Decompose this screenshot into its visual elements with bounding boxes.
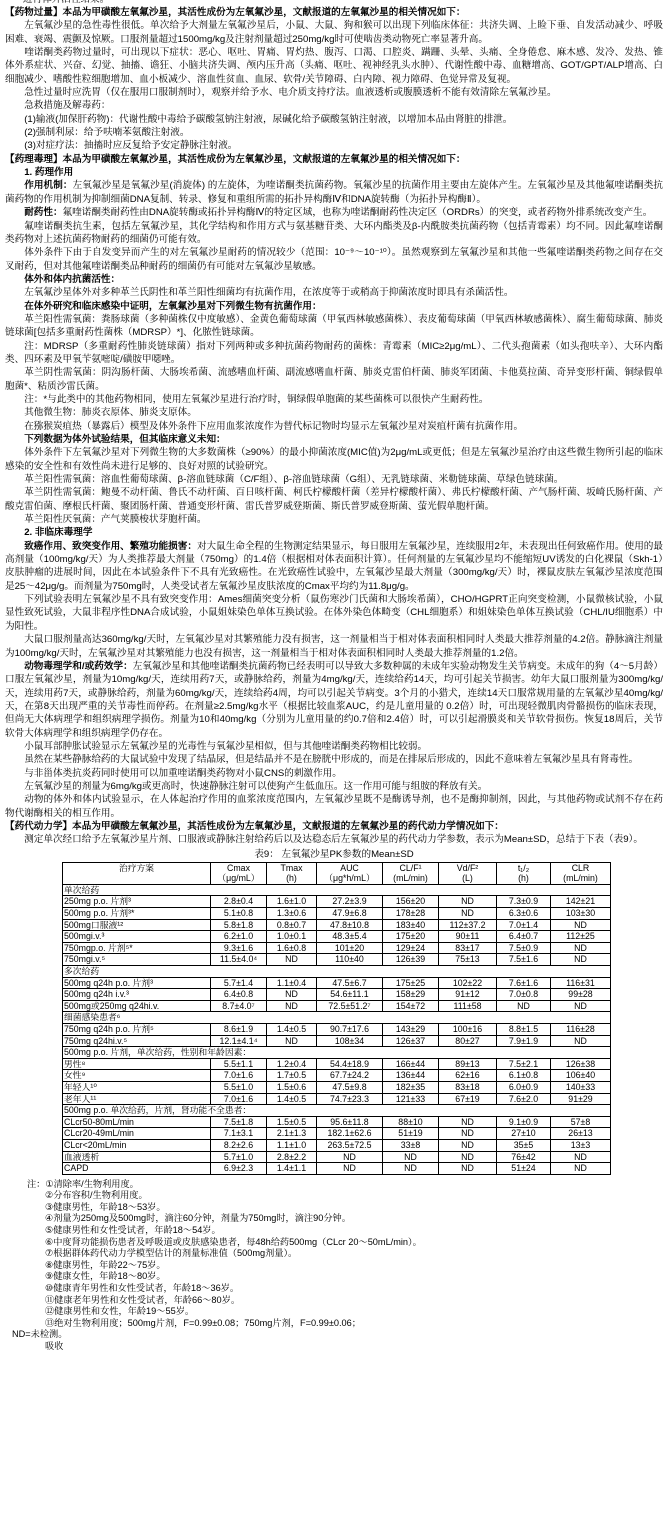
section-heading: 【药物过量】本品为甲磺酸左氧氟沙星，其活性成份为左氧氟沙星，文献报道的左氧氟沙星… [5, 6, 663, 19]
regimen-label: 500mg或250mg q24hi.v. [63, 1000, 211, 1012]
footnotes: 注：①清除率/生物利用度。②分布容积/生物利用度。③健康男性，年龄18～53岁。… [5, 1179, 663, 1330]
paragraph: 左氧氟沙星的剂量为6mg/kg或更高时，快速静脉注射可以使狗产生低血压。这一作用… [5, 780, 663, 793]
value-cell: 2.8±0.4 [211, 896, 267, 908]
value-cell: 5.7±1.0 [211, 1151, 267, 1163]
value-cell: 5.5±1.0 [211, 1081, 267, 1093]
value-cell: ND [551, 1151, 611, 1163]
table-section-label: 单次给药 [63, 884, 611, 896]
value-cell: 5.1±0.8 [211, 908, 267, 920]
table-row: 750mgi.v.⁵11.5±4.0⁴ND110±40126±3975±137.… [63, 954, 611, 966]
value-cell: 175±20 [383, 931, 439, 943]
value-cell: 33±8 [383, 1139, 439, 1151]
value-cell: 1.1±1.0 [267, 1139, 317, 1151]
regimen-label: 500mg口服液¹² [63, 919, 211, 931]
pk-parameters-table: 治疗方案 Cmax（μg/mL）Tmax(h)AUC（μg*h/mL）CL/F¹… [62, 862, 611, 1175]
table-row: CLcr50-80mL/min7.5±1.81.5±0.595.6±11.888… [63, 1116, 611, 1128]
value-cell: 1.0±0.1 [267, 931, 317, 943]
table-row: CLcr20-49mL/min7.1±3.12.1±1.3182.1±62.65… [63, 1128, 611, 1140]
paragraph: 左氧氟沙星的急性毒性很低。单次给予大剂量左氧氟沙星后，小鼠、大鼠、狗和猴可以出现… [5, 19, 663, 46]
paragraph: 革兰阴性需氧菌：阴沟肠杆菌、大肠埃希菌、流感嗜血杆菌、副流感嗜血杆菌、肺炎克雷伯… [5, 366, 663, 393]
value-cell: 182±35 [383, 1081, 439, 1093]
value-cell: 112±37.2 [439, 919, 497, 931]
footnote-item: ⑥中度肾功能损伤患者及呼吸道或皮肤感染患者，每48h给药500mg（CLcr 2… [45, 1237, 663, 1249]
value-cell: 7.0±0.8 [497, 989, 551, 1001]
value-cell: 7.9±1.9 [497, 1035, 551, 1047]
table-row: 女性⁹7.0±1.61.7±0.567.7±24.2136±4462±166.1… [63, 1070, 611, 1082]
table-title: 表9： 左氧氟沙星PK参数的Mean±SD [5, 848, 663, 861]
footnote-item: ⑨健康女性，年龄18～80岁。 [45, 1271, 663, 1283]
value-cell: 54.6±11.1 [317, 989, 383, 1001]
paragraph: 在猕猴炭疽热（暴露后）模型及体外条件下应用血浆浓度作为替代标记物时均显示左氧氟沙… [5, 420, 663, 433]
column-header: CL/F¹(mL/min) [383, 862, 439, 884]
regimen-label: 年轻人¹⁰ [63, 1081, 211, 1093]
table-section-row: 500mg p.o. 单次给药，片剂，肾功能不全患者： [63, 1105, 611, 1117]
value-cell: 47.8±10.8 [317, 919, 383, 931]
value-cell: 89±13 [439, 1058, 497, 1070]
value-cell: 6.9±2.3 [211, 1163, 267, 1175]
paragraph: 喹诺酮类药物过量时，可出现以下症状：恶心、呕吐、胃痛、胃灼热、腹泻、口渴、口腔炎… [5, 46, 663, 86]
value-cell: 112±25 [551, 931, 611, 943]
sub-heading: 1. 药理作用 [5, 166, 663, 179]
paragraph: 耐药性：氟喹诺酮类耐药性由DNA旋转酶或拓扑异构酶Ⅳ的特定区域，也称为喹诺酮耐药… [5, 206, 663, 219]
value-cell: 1.6±0.8 [267, 942, 317, 954]
footnote-item: ⑪健康老年男性和女性受试者，年龄66～80岁。 [45, 1295, 663, 1307]
value-cell: ND [383, 1163, 439, 1175]
paragraph: 作用机制：左氧氟沙星是氧氟沙星(消旋体) 的左旋体，为喹诺酮类抗菌药物。氧氟沙星… [5, 179, 663, 206]
table-row: 250mg p.o. 片剂³2.8±0.41.6±1.027.2±3.9156±… [63, 896, 611, 908]
value-cell: 111±58 [439, 1000, 497, 1012]
value-cell: ND [439, 1163, 497, 1175]
value-cell: 1.4±1.1 [267, 1163, 317, 1175]
regimen-label: CLcr<20mL/min [63, 1139, 211, 1151]
value-cell: 12.1±4.1⁴ [211, 1035, 267, 1047]
regimen-label: 500mg p.o. 片剂³* [63, 908, 211, 920]
table-row: 750mg q24h p.o. 片剂⁵8.6±1.91.4±0.590.7±17… [63, 1023, 611, 1035]
table-row: 老年人¹¹7.0±1.61.4±0.574.7±23.3121±3367±197… [63, 1093, 611, 1105]
value-cell: 1.5±0.5 [267, 1116, 317, 1128]
value-cell: ND [267, 1035, 317, 1047]
paragraph: 体外条件下左氧氟沙星对下列微生物的大多数菌株（≥90%）的最小抑菌浓度(MIC值… [5, 446, 663, 473]
value-cell: 54.4±18.9 [317, 1058, 383, 1070]
regimen-label: 500mg q24h i.v.³ [63, 989, 211, 1001]
column-header: Tmax(h) [267, 862, 317, 884]
value-cell: 126±39 [383, 954, 439, 966]
value-cell: 1.4±0.5 [267, 1093, 317, 1105]
value-cell: 103±30 [551, 908, 611, 920]
value-cell: 7.3±0.9 [497, 896, 551, 908]
paragraph: 下列试验表明左氧氟沙星不具有致突变作用：Ames细菌突变分析（鼠伤寒沙门氏菌和大… [5, 593, 663, 633]
value-cell: 6.4±0.8 [211, 989, 267, 1001]
value-cell: 6.3±0.6 [497, 908, 551, 920]
value-cell: 11.5±4.0⁴ [211, 954, 267, 966]
value-cell: 47.5±6.7 [317, 977, 383, 989]
regimen-label: CLcr50-80mL/min [63, 1116, 211, 1128]
value-cell: 5.8±1.8 [211, 919, 267, 931]
value-cell: 0.8±0.7 [267, 919, 317, 931]
paragraph-lead-label: 作用机制： [24, 180, 72, 191]
paragraph-lead-label: 致癌作用、致突变作用、繁殖功能损害： [24, 541, 197, 552]
paragraph: 革兰阳性需氧菌：溶血性葡萄球菌、β-溶血链球菌（C/F组）、β-溶血链球菌（G组… [5, 473, 663, 486]
table-section-label: 多次给药 [63, 966, 611, 978]
value-cell: 166±44 [383, 1058, 439, 1070]
footnote-item: ⑬绝对生物利用度；500mg片剂，F=0.99±0.08；750mg片剂，F=0… [45, 1318, 663, 1330]
value-cell: ND [439, 1128, 497, 1140]
table-section-row: 单次给药 [63, 884, 611, 896]
value-cell: 158±29 [383, 989, 439, 1001]
value-cell: 182.1±62.6 [317, 1128, 383, 1140]
value-cell: 6.4±0.7 [497, 931, 551, 943]
value-cell: 1.3±0.6 [267, 908, 317, 920]
table-row: CLcr<20mL/min8.2±2.61.1±1.0263.5±72.533±… [63, 1139, 611, 1151]
value-cell: 129±24 [383, 942, 439, 954]
value-cell: 91±12 [439, 989, 497, 1001]
regimen-label: 老年人¹¹ [63, 1093, 211, 1105]
value-cell: 7.5±1.8 [211, 1116, 267, 1128]
column-header: 治疗方案 [63, 862, 211, 884]
table-row: 500mg口服液¹²5.8±1.80.8±0.747.8±10.8183±401… [63, 919, 611, 931]
value-cell: 57±8 [551, 1116, 611, 1128]
value-cell: 7.5±1.6 [497, 954, 551, 966]
value-cell: 263.5±72.5 [317, 1139, 383, 1151]
value-cell: 1.5±0.6 [267, 1081, 317, 1093]
paragraph: 左氧氟沙星体外对多种革兰氏阴性和革兰阳性细菌均有抗菌作用，在浓度等于或稍高于抑菌… [5, 286, 663, 299]
table-row: 500mg q24h i.v.³6.4±0.8ND54.6±11.1158±29… [63, 989, 611, 1001]
value-cell: ND [439, 1139, 497, 1151]
value-cell: 8.8±1.5 [497, 1023, 551, 1035]
value-cell: 7.0±1.6 [211, 1093, 267, 1105]
value-cell: 48.3±5.4 [317, 931, 383, 943]
value-cell: 116±28 [551, 1023, 611, 1035]
paragraph: 革兰阳性厌氧菌：产气荚膜梭状芽胞杆菌。 [5, 513, 663, 526]
value-cell: 13±3 [551, 1139, 611, 1151]
value-cell: 62±16 [439, 1070, 497, 1082]
paragraph: (3)对症疗法：抽搐时应反复给予安定静脉注射液。 [5, 139, 663, 152]
value-cell: 121±33 [383, 1093, 439, 1105]
value-cell: 27.2±3.9 [317, 896, 383, 908]
regimen-label: 750mgp.o. 片剂⁵* [63, 942, 211, 954]
value-cell: ND [439, 1116, 497, 1128]
value-cell: 7.6±2.0 [497, 1093, 551, 1105]
value-cell: 67.7±24.2 [317, 1070, 383, 1082]
value-cell: 7.0±1.6 [211, 1070, 267, 1082]
value-cell: ND [551, 1163, 611, 1175]
table-row: 男性⁸5.5±1.11.2±0.454.4±18.9166±4489±137.5… [63, 1058, 611, 1070]
value-cell: 75±13 [439, 954, 497, 966]
sub-heading: 下列数据为体外试验结果，但其临床意义未知： [5, 433, 663, 446]
footnote-item: ⑤健康男性和女性受试者，年龄18～54岁。 [45, 1225, 663, 1237]
paragraph: 氟喹诺酮类抗生素，包括左氧氟沙星，其化学结构和作用方式与氨基糖苷类、大环内酯类及… [5, 220, 663, 247]
value-cell: 1.6±1.0 [267, 896, 317, 908]
value-cell: ND [439, 908, 497, 920]
value-cell: 8.6±1.9 [211, 1023, 267, 1035]
value-cell: 47.5±9.8 [317, 1081, 383, 1093]
regimen-label: 750mgi.v.⁵ [63, 954, 211, 966]
value-cell: 6.2±1.0 [211, 931, 267, 943]
paragraph: 注：MDRSP（多重耐药性肺炎链球菌）指对下列两种或多种抗菌药物耐药的菌株：青霉… [5, 340, 663, 367]
value-cell: 136±44 [383, 1070, 439, 1082]
value-cell: 9.3±1.6 [211, 942, 267, 954]
value-cell: 7.1±3.1 [211, 1128, 267, 1140]
table-section-row: 细菌感染患者⁶ [63, 1012, 611, 1024]
value-cell: 1.4±0.5 [267, 1023, 317, 1035]
document-body-text: 【药物过量】本品为甲磺酸左氧氟沙星，其活性成份为左氧氟沙星，文献报道的左氧氟沙星… [5, 6, 663, 847]
regimen-label: 血液透析 [63, 1151, 211, 1163]
value-cell: 80±27 [439, 1035, 497, 1047]
paragraph: 其他微生物：肺炎衣原体、肺炎支原体。 [5, 406, 663, 419]
regimen-label: 500mgi.v.³ [63, 931, 211, 943]
paragraph: 动物毒理学和/或药效学：左氧氟沙星和其他喹诺酮类抗菌药物已经表明可以导致大多数种… [5, 660, 663, 740]
clipped-line-bottom: 吸收 [45, 1341, 663, 1353]
footnote-item: ②分布容积/生物利用度。 [45, 1190, 663, 1202]
value-cell: 83±18 [439, 1081, 497, 1093]
column-header: Cmax（μg/mL） [211, 862, 267, 884]
table-row: 750mgp.o. 片剂⁵*9.3±1.61.6±0.8101±20129±24… [63, 942, 611, 954]
regimen-label: 250mg p.o. 片剂³ [63, 896, 211, 908]
value-cell: 1.2±0.4 [267, 1058, 317, 1070]
value-cell: 126±37 [383, 1035, 439, 1047]
paragraph: 动物的体外和体内试验显示，在人体起治疗作用的血浆浓度范围内，左氧氟沙星既不是酶诱… [5, 793, 663, 820]
sub-heading: 在体外研究和临床感染中证明，左氧氟沙星对下列微生物有抗菌作用： [5, 300, 663, 313]
value-cell: 143±29 [383, 1023, 439, 1035]
paragraph: (1)输液(加保肝药物)：代谢性酸中毒给予碳酸氢钠注射液，尿碱化给予碳酸氢钠注射… [5, 113, 663, 126]
value-cell: ND [267, 989, 317, 1001]
value-cell: 101±20 [317, 942, 383, 954]
sub-heading: 2. 非临床毒理学 [5, 526, 663, 539]
regimen-label: 女性⁹ [63, 1070, 211, 1082]
regimen-label: CAPD [63, 1163, 211, 1175]
paragraph: 革兰阴性需氧菌：鲍曼不动杆菌、鲁氏不动杆菌、百日咳杆菌、柯氏柠檬酸杆菌（差异柠檬… [5, 486, 663, 513]
value-cell: 154±72 [383, 1000, 439, 1012]
table-row: 年轻人¹⁰5.5±1.01.5±0.647.5±9.8182±3583±186.… [63, 1081, 611, 1093]
table-section-row: 多次给药 [63, 966, 611, 978]
value-cell: 6.0±0.9 [497, 1081, 551, 1093]
value-cell: ND [551, 919, 611, 931]
value-cell: 7.5±0.9 [497, 942, 551, 954]
value-cell: 35±5 [497, 1139, 551, 1151]
value-cell: 1.7±0.5 [267, 1070, 317, 1082]
value-cell: 90±11 [439, 931, 497, 943]
table-row: 500mg p.o. 片剂³*5.1±0.81.3±0.647.9±6.8178… [63, 908, 611, 920]
footnote-item: ⑧健康男性，年龄22～75岁。 [45, 1260, 663, 1272]
value-cell: 5.7±1.4 [211, 977, 267, 989]
value-cell: 110±40 [317, 954, 383, 966]
paragraph: (2)强制利尿：给予呋喃苯氨酸注射液。 [5, 126, 663, 139]
value-cell: 116±31 [551, 977, 611, 989]
value-cell: 100±16 [439, 1023, 497, 1035]
table-row: 500mgi.v.³6.2±1.01.0±0.148.3±5.4175±2090… [63, 931, 611, 943]
value-cell: 8.2±2.6 [211, 1139, 267, 1151]
table-section-label: 细菌感染患者⁶ [63, 1012, 611, 1024]
table-row: 500mg或250mg q24hi.v.8.7±4.0⁷ND72.5±51.2⁷… [63, 1000, 611, 1012]
table-row: CAPD6.9±2.31.4±1.1NDNDND51±24ND [63, 1163, 611, 1175]
value-cell: 2.1±1.3 [267, 1128, 317, 1140]
value-cell: 7.6±1.6 [497, 977, 551, 989]
paragraph: 与非甾体类抗炎药同时使用可以加重喹诺酮类药物对小鼠CNS的刺激作用。 [5, 767, 663, 780]
value-cell: ND [551, 1035, 611, 1047]
value-cell: 106±40 [551, 1070, 611, 1082]
paragraph: 革兰阳性需氧菌：粪肠球菌（多种菌株仅中度敏感）、金黄色葡萄球菌（甲氧西林敏感菌株… [5, 313, 663, 340]
value-cell: 140±33 [551, 1081, 611, 1093]
value-cell: ND [317, 1163, 383, 1175]
value-cell: 7.0±1.4 [497, 919, 551, 931]
value-cell: 102±22 [439, 977, 497, 989]
value-cell: 47.9±6.8 [317, 908, 383, 920]
regimen-label: 750mg q24hi.v.⁵ [63, 1035, 211, 1047]
section-heading: 【药理毒理】本品为甲磺酸左氧氟沙星，其活性成份为左氧氟沙星，文献报道的左氧氟沙星… [5, 153, 663, 166]
value-cell: 142±21 [551, 896, 611, 908]
value-cell: 9.1±0.9 [497, 1116, 551, 1128]
footnote-item: ⑩健康青年男性和女性受试者，年龄18～36岁。 [45, 1283, 663, 1295]
paragraph: 急救措施及解毒药： [5, 99, 663, 112]
value-cell: 91±29 [551, 1093, 611, 1105]
value-cell: 175±25 [383, 977, 439, 989]
value-cell: 99±28 [551, 989, 611, 1001]
value-cell: 8.7±4.0⁷ [211, 1000, 267, 1012]
table-row: 血液透析5.7±1.02.8±2.2NDNDND76±42ND [63, 1151, 611, 1163]
value-cell: 27±10 [497, 1128, 551, 1140]
value-cell: ND [551, 1000, 611, 1012]
footnote-item: ④剂量为250mg及500mg时，滴注60分钟，剂量为750mg时，滴注90分钟… [45, 1213, 663, 1225]
paragraph: 小鼠耳部肿胀试验显示左氧氟沙星的光毒性与氧氟沙星相似，但与其他喹诺酮类药物相比较… [5, 740, 663, 753]
value-cell: ND [439, 896, 497, 908]
value-cell: ND [551, 954, 611, 966]
section-heading: 【药代动力学】本品为甲磺酸左氧氟沙星，其活性成份为左氧氟沙星，文献报道的左氧氟沙… [5, 820, 663, 833]
value-cell: 178±28 [383, 908, 439, 920]
footnote-item: 注：①清除率/生物利用度。 [27, 1179, 663, 1191]
paragraph: 大鼠口服剂量高达360mg/kg/天时，左氧氟沙星对其繁殖能力没有损害，这一剂量… [5, 633, 663, 660]
value-cell: ND [267, 1000, 317, 1012]
value-cell: 156±20 [383, 896, 439, 908]
paragraph: 致癌作用、致突变作用、繁殖功能损害：对大鼠生命全程的生物测定结果显示，每日服用左… [5, 540, 663, 593]
table-row: 750mg q24hi.v.⁵12.1±4.1⁴ND108±34126±3780… [63, 1035, 611, 1047]
value-cell: 51±19 [383, 1128, 439, 1140]
value-cell: 67±19 [439, 1093, 497, 1105]
sub-heading: 体外和体内抗菌活性： [5, 273, 663, 286]
value-cell: 90.7±17.6 [317, 1023, 383, 1035]
paragraph: 测定单次经口给予左氧氟沙星片剂、口服液或静脉注射给药后以及达稳态后左氧氟沙星的药… [5, 833, 663, 846]
footnote-item: ⑦根据群体药代动力学模型估计的剂量标准值（500mg剂量）。 [45, 1248, 663, 1260]
value-cell: ND [439, 1151, 497, 1163]
value-cell: 51±24 [497, 1163, 551, 1175]
paragraph-lead-label: 动物毒理学和/或药效学： [24, 661, 133, 672]
regimen-label: 男性⁸ [63, 1058, 211, 1070]
value-cell: 26±13 [551, 1128, 611, 1140]
column-header: t₁/₂(h) [497, 862, 551, 884]
value-cell: 74.7±23.3 [317, 1093, 383, 1105]
table-section-label: 500mg p.o. 单次给药，片剂，肾功能不全患者： [63, 1105, 611, 1117]
paragraph: 急性过量时应洗胃（仅在服用口服制剂时），观察并给予水、电介质支持疗法。血液透析或… [5, 86, 663, 99]
paragraph-lead-label: 耐药性： [24, 207, 62, 218]
value-cell: 83±17 [439, 942, 497, 954]
value-cell: 76±42 [497, 1151, 551, 1163]
value-cell: 2.8±2.2 [267, 1151, 317, 1163]
value-cell: 88±10 [383, 1116, 439, 1128]
regimen-label: CLcr20-49mL/min [63, 1128, 211, 1140]
value-cell: ND [383, 1151, 439, 1163]
value-cell: 6.1±0.8 [497, 1070, 551, 1082]
value-cell: 108±34 [317, 1035, 383, 1047]
value-cell: ND [267, 954, 317, 966]
paragraph: 注：*与此类中的其他药物相同，使用左氧氟沙星进行治疗时，铜绿假单胞菌的某些菌株可… [5, 393, 663, 406]
value-cell: 95.6±11.8 [317, 1116, 383, 1128]
table-section-row: 500mg p.o. 片剂，单次给药，性别和年龄因素： [63, 1047, 611, 1059]
table-header-row: 治疗方案 Cmax（μg/mL）Tmax(h)AUC（μg*h/mL）CL/F¹… [63, 862, 611, 884]
value-cell: 183±40 [383, 919, 439, 931]
value-cell: 1.1±0.4 [267, 977, 317, 989]
table-section-label: 500mg p.o. 片剂，单次给药，性别和年龄因素： [63, 1047, 611, 1059]
column-header: AUC（μg*h/mL） [317, 862, 383, 884]
table-row: 500mg q24h p.o. 片剂³5.7±1.41.1±0.447.5±6.… [63, 977, 611, 989]
column-header: CLR(mL/min) [551, 862, 611, 884]
value-cell: ND [551, 942, 611, 954]
document-page: 进行体外活性结果。 【药物过量】本品为甲磺酸左氧氟沙星，其活性成份为左氧氟沙星，… [0, 0, 668, 1353]
regimen-label: 750mg q24h p.o. 片剂⁵ [63, 1023, 211, 1035]
regimen-label: 500mg q24h p.o. 片剂³ [63, 977, 211, 989]
paragraph: 体外条件下由于自发变异而产生的对左氧氟沙星耐药的情况较少（范围：10⁻⁹～10⁻… [5, 246, 663, 273]
paragraph: 虽然在某些静脉给药的大鼠试验中发现了结晶尿，但是结晶并不是在膀胱中形成的，而是在… [5, 753, 663, 766]
column-header: Vd/F²(L) [439, 862, 497, 884]
value-cell: 126±38 [551, 1058, 611, 1070]
footnote-item: ③健康男性，年龄18～53岁。 [45, 1202, 663, 1214]
value-cell: 72.5±51.2⁷ [317, 1000, 383, 1012]
value-cell: 5.5±1.1 [211, 1058, 267, 1070]
value-cell: ND [497, 1000, 551, 1012]
value-cell: 7.5±2.1 [497, 1058, 551, 1070]
footnote-item: ⑫健康男性和女性，年龄19～55岁。 [45, 1306, 663, 1318]
nd-definition: ND=未检测。 [12, 1329, 663, 1341]
value-cell: ND [317, 1151, 383, 1163]
